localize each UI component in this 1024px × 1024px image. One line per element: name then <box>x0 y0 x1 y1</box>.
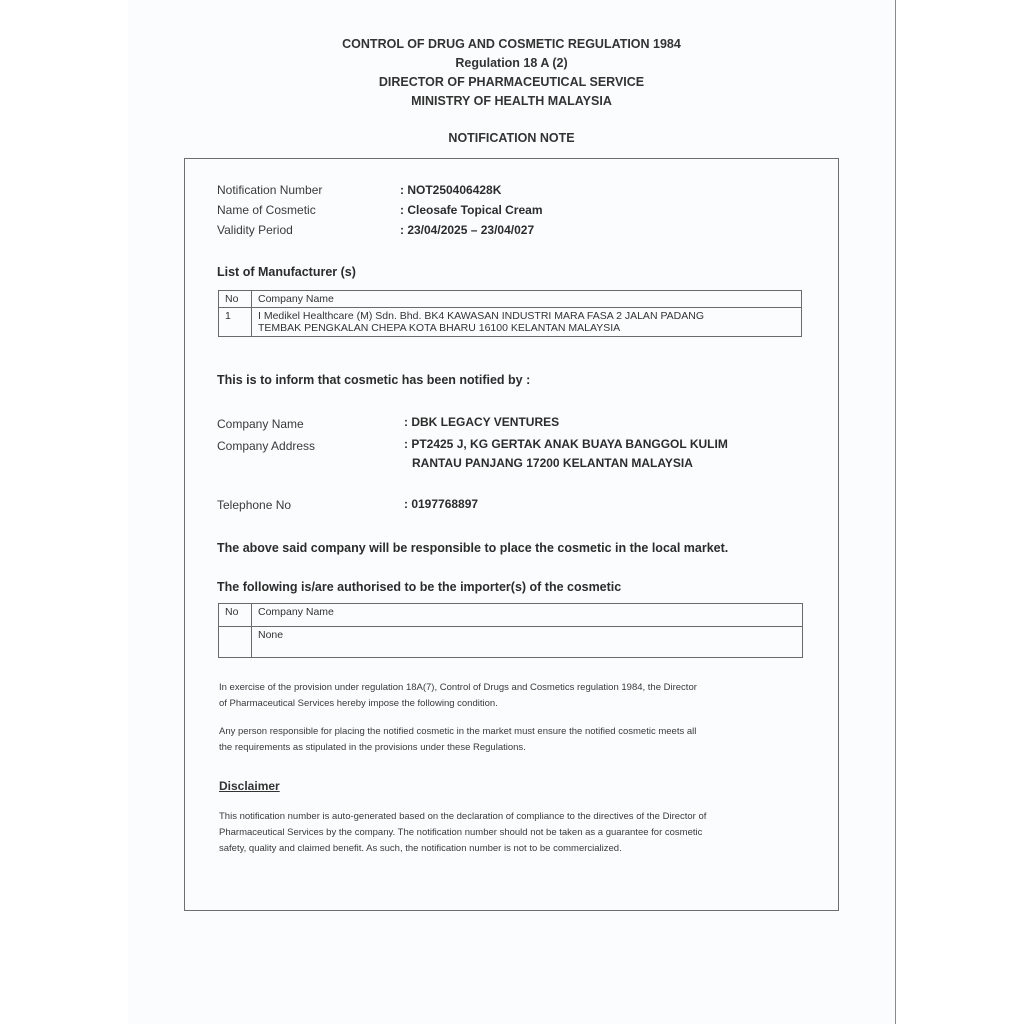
validity-period-value: : 23/04/2025 – 23/04/027 <box>400 223 534 237</box>
telephone-label: Telephone No <box>217 498 291 512</box>
validity-period-label: Validity Period <box>217 223 293 237</box>
company-name-label: Company Name <box>217 417 304 431</box>
condition-paragraph-2-line-2: the requirements as stipulated in the pr… <box>219 740 809 756</box>
condition-paragraph-1-line-1: In exercise of the provision under regul… <box>219 680 809 696</box>
table-header-row: No Company Name <box>219 604 803 627</box>
column-header-no: No <box>219 291 252 308</box>
condition-paragraph-2: Any person responsible for placing the n… <box>219 724 809 756</box>
disclaimer-line-1: This notification number is auto-generat… <box>219 809 819 825</box>
disclaimer-text: This notification number is auto-generat… <box>219 809 819 857</box>
disclaimer-heading: Disclaimer <box>219 779 280 793</box>
manufacturer-no: 1 <box>219 308 252 337</box>
company-name-value: : DBK LEGACY VENTURES <box>404 415 559 429</box>
header-line-regulation: CONTROL OF DRUG AND COSMETIC REGULATION … <box>128 35 895 54</box>
company-address-label: Company Address <box>217 439 315 453</box>
manufacturer-company-line-1: I Medikel Healthcare (M) Sdn. Bhd. BK4 K… <box>258 310 795 322</box>
column-header-no: No <box>219 604 252 627</box>
table-header-row: No Company Name <box>219 291 802 308</box>
importers-table: No Company Name None <box>218 603 803 658</box>
disclaimer-line-2: Pharmaceutical Services by the company. … <box>219 825 819 841</box>
importer-company: None <box>252 627 803 658</box>
column-header-company-name: Company Name <box>252 604 803 627</box>
document-title: NOTIFICATION NOTE <box>128 131 895 145</box>
condition-paragraph-2-line-1: Any person responsible for placing the n… <box>219 724 809 740</box>
notification-number-value: : NOT250406428K <box>400 183 501 197</box>
cosmetic-name-value: : Cleosafe Topical Cream <box>400 203 543 217</box>
table-row: 1 I Medikel Healthcare (M) Sdn. Bhd. BK4… <box>219 308 802 337</box>
cosmetic-name-label: Name of Cosmetic <box>217 203 316 217</box>
company-address-line-2: RANTAU PANJANG 17200 KELANTAN MALAYSIA <box>412 456 693 470</box>
manufacturers-heading: List of Manufacturer (s) <box>217 265 356 279</box>
importers-heading: The following is/are authorised to be th… <box>217 580 621 594</box>
document-header: CONTROL OF DRUG AND COSMETIC REGULATION … <box>128 35 895 111</box>
notifier-intro: This is to inform that cosmetic has been… <box>217 373 530 387</box>
responsibility-statement: The above said company will be responsib… <box>217 541 728 555</box>
company-address-line-1: : PT2425 J, KG GERTAK ANAK BUAYA BANGGOL… <box>404 437 728 451</box>
header-line-ministry: MINISTRY OF HEALTH MALAYSIA <box>128 92 895 111</box>
notification-number-label: Notification Number <box>217 183 322 197</box>
importer-no <box>219 627 252 658</box>
header-line-subregulation: Regulation 18 A (2) <box>128 54 895 73</box>
condition-paragraph-1: In exercise of the provision under regul… <box>219 680 809 712</box>
column-header-company-name: Company Name <box>252 291 802 308</box>
manufacturers-table: No Company Name 1 I Medikel Healthcare (… <box>218 290 802 337</box>
manufacturer-company-line-2: TEMBAK PENGKALAN CHEPA KOTA BHARU 16100 … <box>258 322 795 334</box>
condition-paragraph-1-line-2: of Pharmaceutical Services hereby impose… <box>219 696 809 712</box>
manufacturer-company: I Medikel Healthcare (M) Sdn. Bhd. BK4 K… <box>252 308 802 337</box>
telephone-value: : 0197768897 <box>404 497 478 511</box>
table-row: None <box>219 627 803 658</box>
disclaimer-line-3: safety, quality and claimed benefit. As … <box>219 841 819 857</box>
header-line-director: DIRECTOR OF PHARMACEUTICAL SERVICE <box>128 73 895 92</box>
